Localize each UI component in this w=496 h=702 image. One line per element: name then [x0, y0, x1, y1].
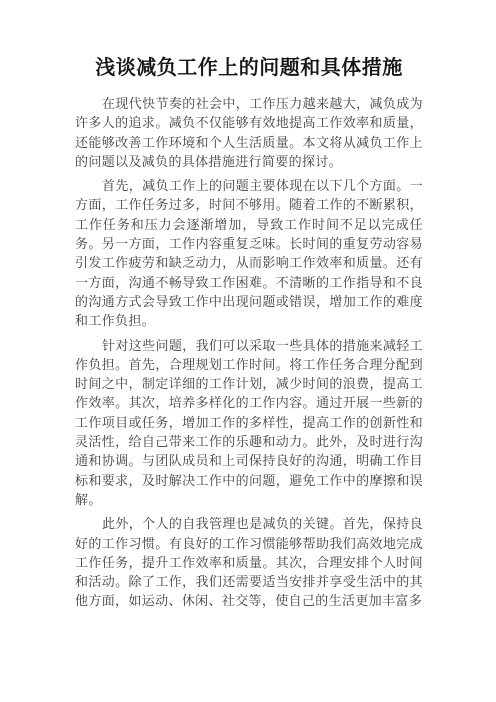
paragraph-self-management: 此外，个人的自我管理也是减负的关键。首先，保持良好的工作习惯。有良好的工作习惯能…: [75, 514, 423, 610]
paragraph-measures: 针对这些问题，我们可以采取一些具体的措施来减轻工作负担。首先，合理规划工作时间。…: [75, 336, 423, 510]
document-page: 浅谈减负工作上的问题和具体措施 在现代快节奏的社会中，工作压力越来越大，减负成为…: [0, 0, 496, 702]
paragraph-problems: 首先，减负工作上的问题主要体现在以下几个方面。一方面，工作任务过多，时间不够用。…: [75, 176, 423, 330]
paragraph-intro: 在现代快节奏的社会中，工作压力越来越大，减负成为许多人的追求。减负不仅能够有效地…: [75, 94, 423, 171]
document-title: 浅谈减负工作上的问题和具体措施: [75, 54, 423, 82]
